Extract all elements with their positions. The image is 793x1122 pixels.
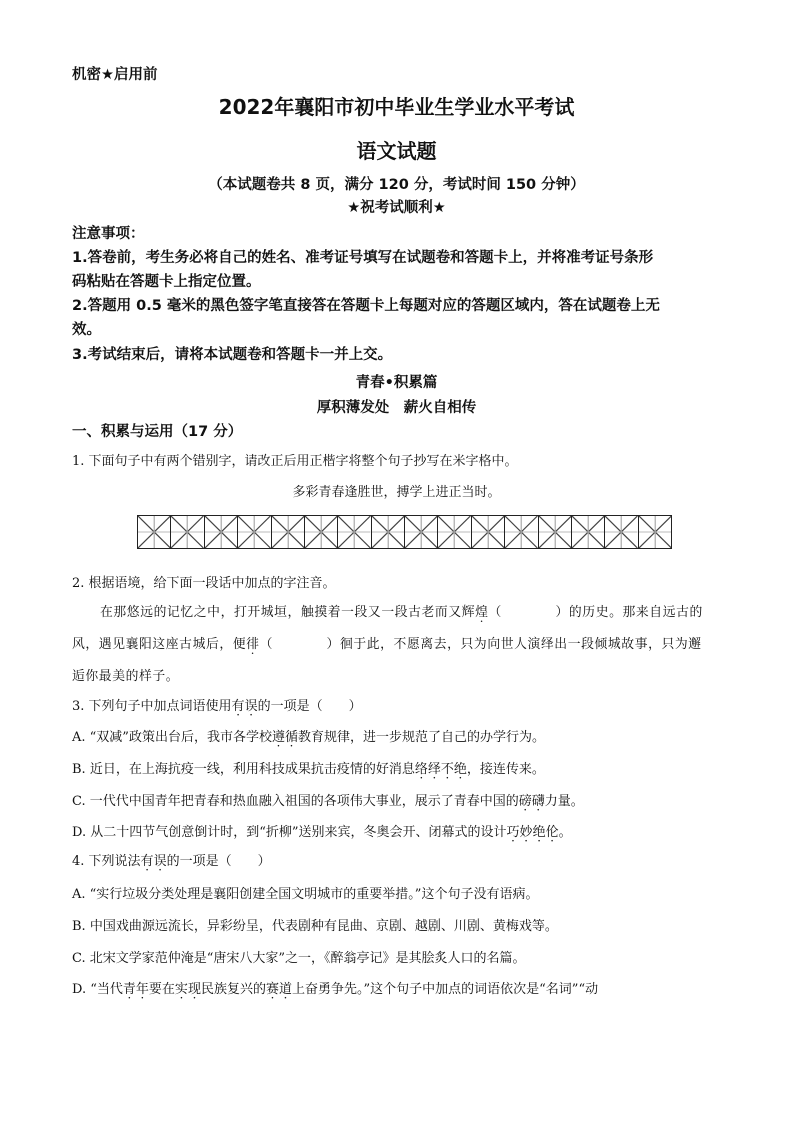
mizi-guide-icon (372, 516, 404, 548)
mizi-cell[interactable] (372, 516, 405, 548)
text: 的一项是（ ） (258, 699, 362, 714)
mizi-cell[interactable] (338, 516, 371, 548)
mizi-guide-icon (138, 516, 170, 548)
question-2-para-line-2: 风，遇见襄阳这座古城后，便徘（ ）徊于此，不愿离去，只为向世人演绎出一段倾城故事… (72, 633, 702, 652)
mizi-cell[interactable] (438, 516, 471, 548)
dotted-char: 年 (136, 982, 149, 997)
answer-blank[interactable]: （ ）徊于此，不愿离去，只为向世人演绎出一段倾城故事，只为邂 (260, 637, 702, 652)
mizi-guide-icon (539, 516, 571, 548)
mizi-guide-icon (171, 516, 203, 548)
dotted-char: 徘 (246, 637, 259, 652)
exam-wish: ★祝考试顺利★ (0, 196, 793, 217)
dotted-char: 妙 (520, 825, 533, 840)
mizi-cell[interactable] (472, 516, 505, 548)
confidential-label: 机密★启用前 (72, 63, 158, 84)
notice-line: 2.答题用 0.5 毫米的黑色签字笔直接答在答题卡上每题对应的答题区域内，答在试… (72, 294, 660, 315)
dotted-char: 现 (188, 982, 201, 997)
question-4-stem: 4. 下列说法有误的一项是（ ） (72, 850, 271, 869)
text: 4. 下列说法 (72, 854, 141, 869)
section-subtitle: 厚积薄发处 薪火自相传 (0, 396, 793, 417)
mizi-cell[interactable] (205, 516, 238, 548)
mizi-cell[interactable] (305, 516, 338, 548)
mizi-guide-icon (305, 516, 337, 548)
notice-line: 效。 (72, 318, 101, 339)
mizi-cell[interactable] (539, 516, 572, 548)
dotted-char: 有 (141, 854, 154, 869)
text: 教育规律，进一步规范了自己的办学行为。 (298, 730, 545, 745)
notice-line: 码粘贴在答题卡上指定位置。 (72, 270, 261, 291)
question-4-option-b[interactable]: B. 中国戏曲源远流长，异彩纷呈，代表剧种有昆曲、京剧、越剧、川剧、黄梅戏等。 (72, 915, 558, 934)
notice-line: 3.考试结束后，请将本试题卷和答题卡一并上交。 (72, 343, 392, 364)
text: ，接连传来。 (467, 762, 545, 777)
question-1-stem: 1. 下面句子中有两个错别字，请改正后用正楷字将整个句子抄写在米字格中。 (72, 450, 518, 469)
question-3-stem: 3. 下列句子中加点词语使用有误的一项是（ ） (72, 695, 362, 714)
text: 力量。 (545, 794, 584, 809)
text: 风，遇见襄阳这座古城后，便 (72, 637, 246, 652)
question-3-option-c[interactable]: C. 一代代中国青年把青春和热血融入祖国的各项伟大事业，展示了青春中国的磅礴力量… (72, 790, 584, 809)
text: 3. 下列句子中加点词语使用 (72, 699, 232, 714)
text: D. “当代 (72, 982, 123, 997)
dotted-char: 不 (441, 762, 454, 777)
text: A. “双减”政策出台后，我市各学校 (72, 730, 272, 745)
mizi-guide-icon (472, 516, 504, 548)
mizi-guide-icon (572, 516, 604, 548)
answer-blank[interactable]: （ ）的历史。那来自远古的 (489, 605, 703, 620)
question-4-option-a[interactable]: A. “实行垃圾分类处理是襄阳创建全国文明城市的重要举措。”这个句子没有语病。 (72, 883, 538, 902)
text: D. 从二十四节气创意倒计时，到“折柳”送别来宾，冬奥会开、闭幕式的设计 (72, 825, 507, 840)
mizi-grid[interactable] (137, 515, 672, 549)
notice-heading: 注意事项： (72, 222, 145, 243)
mizi-guide-icon (338, 516, 370, 548)
mizi-cell[interactable] (405, 516, 438, 548)
dotted-char: 绝 (454, 762, 467, 777)
mizi-guide-icon (205, 516, 237, 548)
mizi-guide-icon (238, 516, 270, 548)
question-2-para-line-3: 逅你最美的样子。 (72, 665, 179, 684)
mizi-cell[interactable] (505, 516, 538, 548)
dotted-char: 道 (279, 982, 292, 997)
exam-title: 2022年襄阳市初中毕业生学业水平考试 (0, 91, 793, 120)
question-1-sentence: 多彩青春逢胜世，搏学上进正当时。 (0, 481, 793, 500)
mizi-guide-icon (505, 516, 537, 548)
dotted-char: 煌 (475, 605, 488, 620)
section-title: 青春•积累篇 (0, 371, 793, 392)
question-3-option-d[interactable]: D. 从二十四节气创意倒计时，到“折柳”送别来宾，冬奥会开、闭幕式的设计巧妙绝伦… (72, 821, 572, 840)
dotted-char: 青 (123, 982, 136, 997)
dotted-char: 误 (154, 854, 167, 869)
dotted-char: 赛 (266, 982, 279, 997)
text: C. 一代代中国青年把青春和热血融入祖国的各项伟大事业，展示了青春中国的 (72, 794, 519, 809)
text: 要在 (149, 982, 175, 997)
exam-info: （本试题卷共 8 页，满分 120 分，考试时间 150 分钟） (0, 173, 793, 194)
mizi-guide-icon (605, 516, 637, 548)
dotted-char: 磅 (519, 794, 532, 809)
mizi-guide-icon (438, 516, 470, 548)
dotted-char: 巧 (507, 825, 520, 840)
mizi-cell[interactable] (272, 516, 305, 548)
part-heading: 一、积累与运用（17 分） (72, 420, 242, 441)
mizi-cell[interactable] (639, 516, 671, 548)
mizi-cell[interactable] (572, 516, 605, 548)
dotted-char: 误 (245, 699, 258, 714)
dotted-char: 循 (285, 730, 298, 745)
mizi-guide-icon (639, 516, 671, 548)
question-3-option-a[interactable]: A. “双减”政策出台后，我市各学校遵循教育规律，进一步规范了自己的办学行为。 (72, 726, 545, 745)
mizi-cell[interactable] (238, 516, 271, 548)
mizi-cell[interactable] (605, 516, 638, 548)
dotted-char: 遵 (272, 730, 285, 745)
mizi-guide-icon (272, 516, 304, 548)
dotted-char: 有 (232, 699, 245, 714)
dotted-char: 绝 (533, 825, 546, 840)
mizi-guide-icon (405, 516, 437, 548)
text: 民族复兴的 (201, 982, 266, 997)
text: 在那悠远的记忆之中，打开城垣，触摸着一段又一段古老而又辉 (100, 605, 475, 620)
dotted-char: 伦 (546, 825, 559, 840)
question-2-para-line-1: 在那悠远的记忆之中，打开城垣，触摸着一段又一段古老而又辉煌（ ）的历史。那来自远… (100, 601, 703, 620)
text: 。 (559, 825, 572, 840)
text: 的一项是（ ） (167, 854, 271, 869)
mizi-cell[interactable] (138, 516, 171, 548)
dotted-char: 礴 (532, 794, 545, 809)
question-2-stem: 2. 根据语境，给下面一段话中加点的字注音。 (72, 572, 336, 591)
question-4-option-c[interactable]: C. 北宋文学家范仲淹是“唐宋八大家”之一，《醉翁亭记》是其脍炙人口的名篇。 (72, 947, 526, 966)
notice-line: 1.答卷前，考生务必将自己的姓名、准考证号填写在试题卷和答题卡上，并将准考证号条… (72, 246, 653, 267)
dotted-char: 络 (415, 762, 428, 777)
text: B. 近日，在上海抗疫一线，利用科技成果抗击疫情的好消息 (72, 762, 415, 777)
dotted-char: 绎 (428, 762, 441, 777)
text: 上奋勇争先。”这个句子中加点的词语依次是“名词”“动 (292, 982, 598, 997)
dotted-char: 实 (175, 982, 188, 997)
question-4-option-d[interactable]: D. “当代青年要在实现民族复兴的赛道上奋勇争先。”这个句子中加点的词语依次是“… (72, 978, 598, 997)
subject-title: 语文试题 (0, 135, 793, 164)
question-3-option-b[interactable]: B. 近日，在上海抗疫一线，利用科技成果抗击疫情的好消息络绎不绝，接连传来。 (72, 758, 545, 777)
mizi-cell[interactable] (171, 516, 204, 548)
